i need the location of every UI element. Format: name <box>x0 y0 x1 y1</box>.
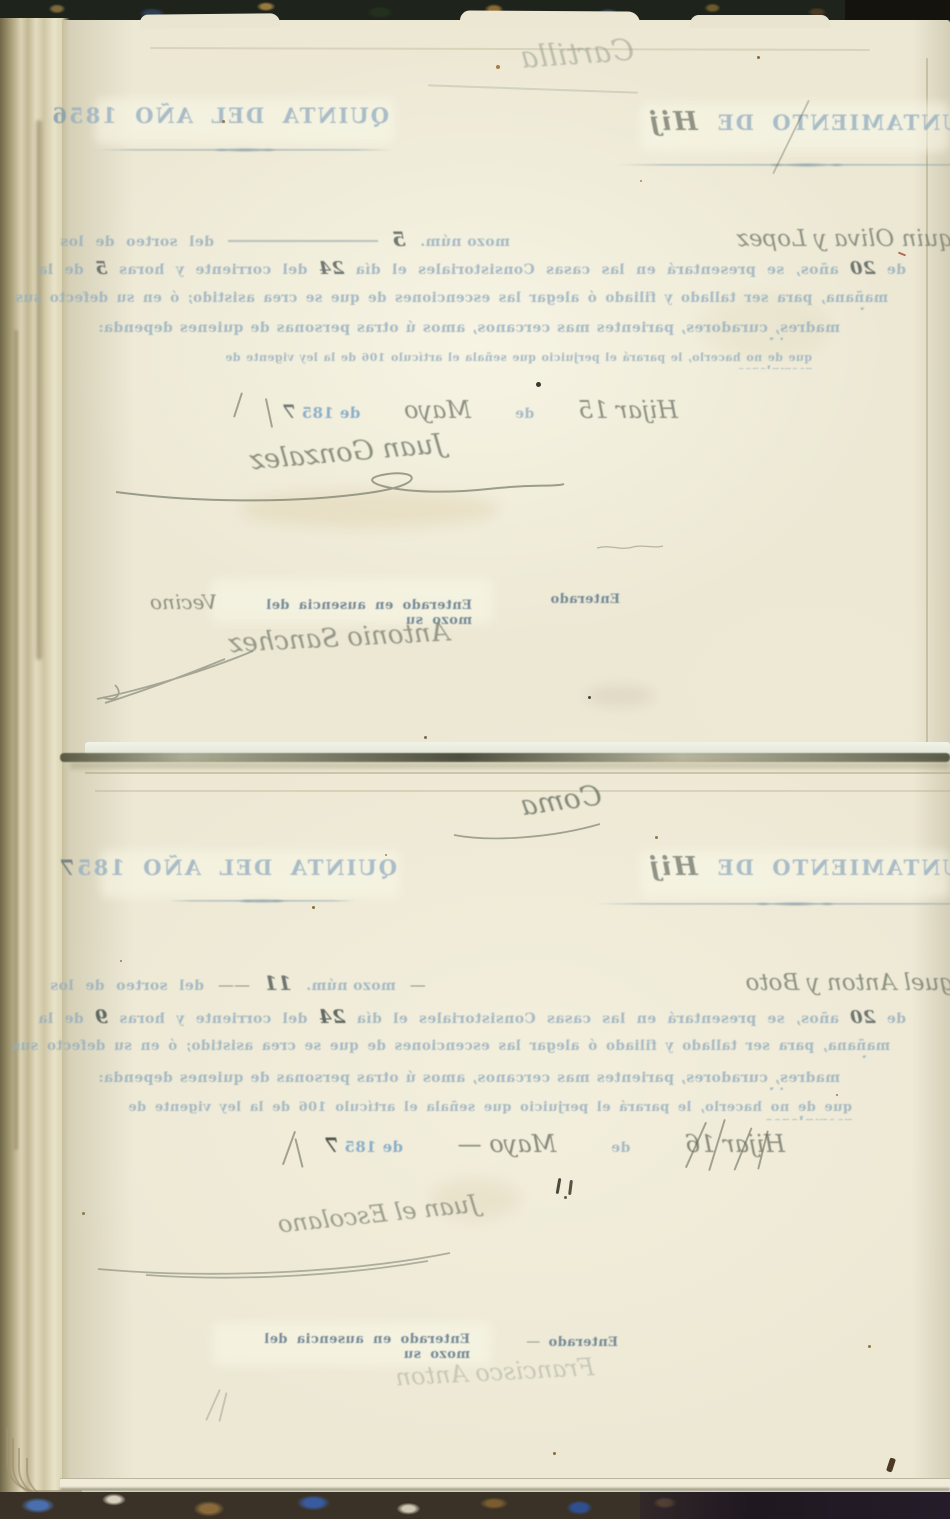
paper-speck <box>120 960 122 962</box>
paper-speck <box>222 120 225 123</box>
doc2-line2-a: años, se presentará en las casas Consist… <box>356 1011 838 1027</box>
marbled-cover-bottom-dark <box>640 1492 950 1519</box>
doc1-age-script: 20 <box>850 258 876 279</box>
ink-mark-dot <box>564 1196 567 1199</box>
paper-speck <box>836 1094 838 1096</box>
doc2-body-line5: que de no hacerlo, le parará el perjuici… <box>128 1100 852 1120</box>
paper-speck <box>496 65 500 69</box>
doc2-line2-de: de <box>887 1011 907 1027</box>
paper-speck <box>588 696 591 699</box>
paper-crease <box>595 542 665 552</box>
doc1-line3-text: mañana, para ser tallado y filiado ó ale… <box>15 290 888 310</box>
doc1-mozo-label: mozo núm. <box>420 234 510 250</box>
doc2-rule-left <box>168 897 356 905</box>
doc2-dia-script: 24 <box>318 1006 345 1028</box>
doc1-date-place-day-script: Hijar 15 <box>578 396 678 424</box>
paper-speck <box>553 1452 556 1455</box>
doc1-dateline: Hijar 15 de Mayo de 185 7 <box>283 396 678 430</box>
doc2-age-script: 20 <box>850 1007 876 1028</box>
paper-speck <box>757 56 760 59</box>
doc2-date-de: de <box>611 1140 631 1156</box>
sheet-seam-soft-shadow <box>70 762 950 769</box>
doc2-enterado-label: Enterado <box>548 1335 618 1350</box>
paper-deckle-bump <box>690 15 830 28</box>
doc1-body-line3: mañana, para ser tallado y filiado ó ale… <box>15 290 888 310</box>
page-stack-streak <box>36 120 42 660</box>
doc2-body-line2: de 20 años, se presentará en las casas C… <box>38 1006 906 1030</box>
doc1-line2-b: del corriente y horas <box>119 262 308 278</box>
doc1-body-line2: de 20 años, se presentará en las casas C… <box>38 258 906 280</box>
doc1-line5-text: que de no hacerlo, le parará el perjuici… <box>225 351 812 369</box>
paper-speck <box>655 836 658 839</box>
doc1-date-month-script: Mayo <box>404 396 471 424</box>
doc2-line2-b: del corriente y horas <box>119 1011 307 1027</box>
doc2-enterado-dash: — <box>526 1334 540 1350</box>
doc1-dia-script: 24 <box>318 258 344 279</box>
doc1-ayuntamiento-fill-script: Hij <box>648 107 698 137</box>
paper-speck <box>385 854 387 856</box>
doc2-body-line1: Miguel Anton y Boto — mozo núm. 11 —— de… <box>50 970 950 1000</box>
archival-book-scan: Cartilla QUINTA DEL AÑO 1856 AYUNTAMIENT… <box>0 0 950 1519</box>
bottom-sheet-edge-shadow <box>60 1488 950 1491</box>
doc2-date-month-script: Mayo — <box>458 1130 557 1158</box>
doc1-horas-script: 5 <box>95 258 108 279</box>
doc2-ayuntamiento-label: AYUNTAMIENTO DE <box>716 855 950 880</box>
doc1-enterado-rubric <box>85 645 265 707</box>
doc1-line2-c: de la <box>38 262 84 278</box>
paper-speck <box>312 906 315 909</box>
doc2-date-de185-group: de 185 7 <box>325 1133 403 1157</box>
doc2-header-quinta: QUINTA DEL AÑO 1857 <box>105 855 397 889</box>
doc2-quinta-year-digit: 7 <box>58 855 75 880</box>
paper-speck <box>536 382 541 387</box>
doc2-mozo-name-script: Miguel Anton y Boto <box>440 970 950 996</box>
doc2-header-ayuntamiento: AYUNTAMIENTO DE Hij <box>600 852 950 890</box>
paper-deckle-bump <box>460 10 640 27</box>
paper-speck <box>868 1345 871 1348</box>
doc2-line2-c: de la <box>38 1011 84 1027</box>
sheet2-top-edge <box>85 772 950 774</box>
doc1-sorteo-label: del sorteo de los <box>60 234 214 250</box>
doc1-mozo-num-script: 5 <box>392 227 406 251</box>
doc1-rule-left <box>98 146 392 154</box>
doc2-annotation-tail <box>448 818 608 844</box>
doc2-ayuntamiento-fill-script: Hij <box>648 852 698 882</box>
doc2-rule-right <box>595 900 950 908</box>
doc2-enterado-left: Enterado — <box>512 1334 618 1356</box>
doc1-enterado-center: Enterado en ausencia del mozo su Vecino <box>150 590 472 616</box>
doc1-quinta-label: QUINTA DEL AÑO 185 <box>67 103 389 128</box>
doc1-enterado-left: Enterado <box>556 592 620 614</box>
doc1-header-ayuntamiento: AYUNTAMIENTO DE Hij <box>635 107 950 143</box>
doc2-horas-script: 9 <box>95 1006 109 1028</box>
doc1-header-quinta: QUINTA DEL AÑO 1856 <box>105 103 389 135</box>
doc1-date-de: de <box>515 406 535 422</box>
doc1-blank-rule <box>228 240 378 242</box>
doc2-date-de185: de 185 <box>344 1138 403 1156</box>
doc2-body-line4: madres, curadores, parientes mas cercano… <box>98 1070 840 1090</box>
paper-speck <box>424 736 427 739</box>
doc1-date-de185-group: de 185 7 <box>283 401 360 423</box>
doc2-mozo-label: mozo núm. <box>306 978 396 994</box>
doc1-date-year-digit-script: 7 <box>283 401 296 423</box>
doc1-body-line1: Joaquin Oliva y Lopez mozo núm. 5 del so… <box>60 226 950 256</box>
sheet-seam-shadow-line <box>60 753 950 762</box>
doc1-enterado-label: Enterado <box>550 592 620 607</box>
doc2-body-line3: mañana, para ser tallado y filiado ó ale… <box>12 1038 890 1058</box>
doc1-ayuntamiento-label: AYUNTAMIENTO DE <box>716 110 950 135</box>
doc1-line2-de: de <box>887 262 907 278</box>
doc2-dash2: —— <box>218 975 250 994</box>
doc2-line3-text: mañana, para ser tallado y filiado ó ale… <box>12 1038 890 1058</box>
doc2-line5-text: que de no hacerlo, le parará el perjuici… <box>128 1100 852 1120</box>
page-stack-streak <box>14 330 18 1150</box>
doc2-quinta-label: QUINTA DEL AÑO 185 <box>75 855 397 880</box>
doc1-signature-flourish <box>110 462 570 510</box>
doc2-sorteo-label: del sorteo de los <box>50 978 204 994</box>
paper-speck <box>82 1212 85 1215</box>
paper-deckle-bump <box>140 13 280 28</box>
doc2-dash1: — <box>410 975 426 994</box>
doc1-line4-text: madres, curadores, parientes mas cercano… <box>98 320 840 340</box>
doc1-rule-right <box>618 161 950 169</box>
doc2-line4-text: madres, curadores, parientes mas cercano… <box>98 1070 840 1090</box>
doc2-enterado-center: Enterado en ausencia del mozo su <box>218 1332 470 1354</box>
doc1-annotation-text: Cartilla <box>519 33 635 76</box>
doc2-signature-flourish <box>88 1245 458 1285</box>
paper-speck <box>640 180 642 182</box>
doc2-mozo-num-script: 11 <box>264 971 292 995</box>
doc1-mozo-name-script: Joaquin Oliva y Lopez <box>524 226 950 252</box>
doc2-date-year-digit-script: 7 <box>325 1133 339 1157</box>
doc1-body-line5: que de no hacerlo, le parará el perjuici… <box>225 351 812 369</box>
doc1-date-de185: de 185 <box>301 404 360 422</box>
doc1-su-fill-script: Vecino <box>150 590 217 614</box>
paper-stain <box>585 686 655 706</box>
doc1-quinta-year-digit: 6 <box>50 103 67 128</box>
doc1-line2-a: años, se presentará en las casas Consist… <box>355 262 838 278</box>
doc1-body-line4: madres, curadores, parientes mas cercano… <box>98 320 840 340</box>
